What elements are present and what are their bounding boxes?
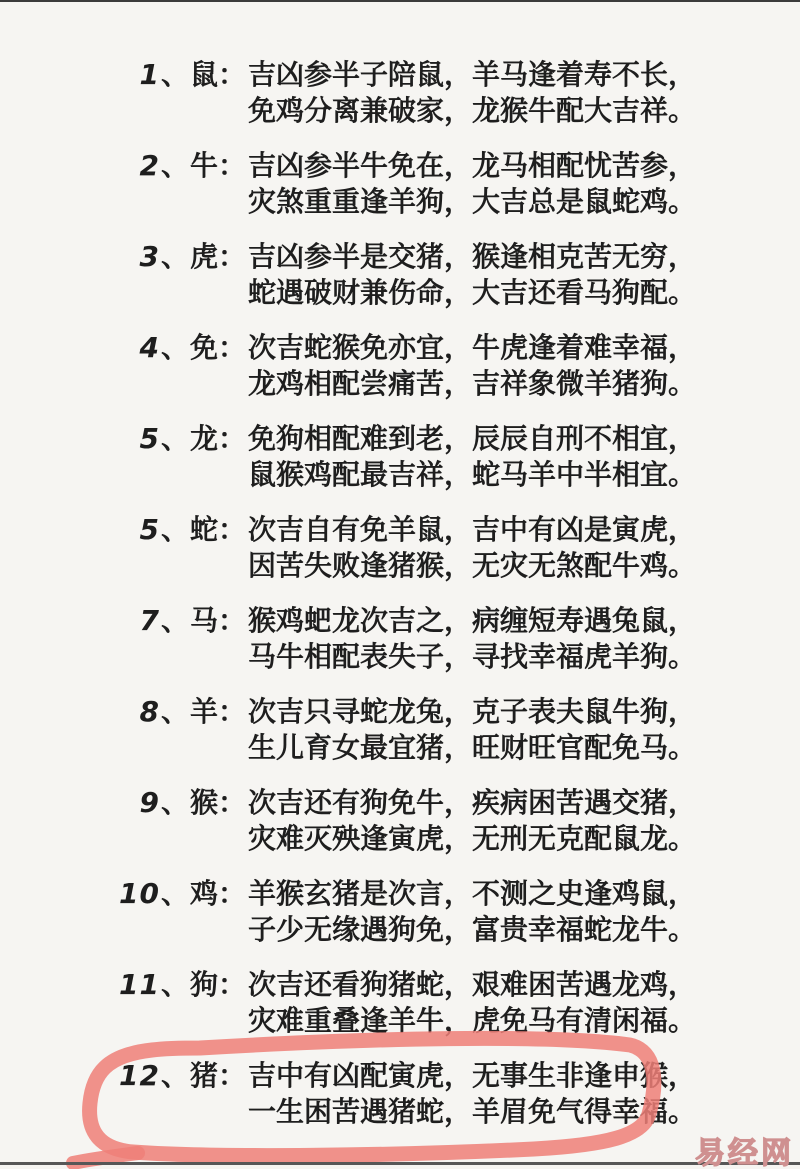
watermark: 易经网: [695, 1128, 794, 1169]
animal-label-colon: ：: [218, 512, 246, 548]
verse-line-1: 次吉只寻蛇龙兔，克子表夫鼠牛狗，: [248, 694, 696, 730]
verse: 猴鸡蚆龙次吉之，病缠短寿遇兔鼠， 马牛相配表失子，寻找幸福虎羊狗。: [248, 603, 696, 675]
verse-line-2: 灾煞重重逢羊狗，大吉总是鼠蛇鸡。: [248, 184, 696, 220]
verse: 次吉蛇猴免亦宜，牛虎逢着难幸福， 龙鸡相配尝痛苦，吉祥象微羊猪狗。: [248, 330, 696, 402]
enumeration-comma: 、: [161, 421, 189, 457]
entry-number: 7: [118, 603, 160, 639]
enumeration-comma: 、: [161, 57, 189, 93]
zodiac-entry: 7 、 马 ： 猴鸡蚆龙次吉之，病缠短寿遇兔鼠， 马牛相配表失子，寻找幸福虎羊狗…: [0, 603, 800, 675]
verse: 吉凶参半牛免在，龙马相配忧苦参， 灾煞重重逢羊狗，大吉总是鼠蛇鸡。: [248, 148, 696, 220]
animal-label: 鼠: [190, 57, 218, 93]
animal-label-colon: ：: [218, 57, 246, 93]
enumeration-comma: 、: [161, 330, 189, 366]
verse: 吉凶参半是交猪，猴逢相克苦无穷， 蛇遇破财兼伤命，大吉还看马狗配。: [248, 239, 696, 311]
animal-label-colon: ：: [218, 239, 246, 275]
verse-line-1: 次吉自有免羊鼠，吉中有凶是寅虎，: [248, 512, 696, 548]
entry-number: 2: [118, 148, 160, 184]
animal-label-colon: ：: [218, 421, 246, 457]
verse-line-1: 吉中有凶配寅虎，无事生非逢申猴，: [248, 1058, 696, 1094]
zodiac-entry: 10 、 鸡 ： 羊猴玄猪是次言，不测之史逢鸡鼠， 子少无缘遇狗免，富贵幸福蛇龙…: [0, 876, 800, 948]
animal-label-colon: ：: [218, 603, 246, 639]
animal-label-colon: ：: [218, 785, 246, 821]
entry-number: 10: [118, 876, 160, 912]
zodiac-entry: 12 、 猪 ： 吉中有凶配寅虎，无事生非逢申猴， 一生困苦遇猪蛇，羊眉免气得幸…: [0, 1058, 800, 1130]
enumeration-comma: 、: [161, 239, 189, 275]
animal-label: 猴: [190, 785, 218, 821]
animal-label: 狗: [190, 967, 218, 1003]
zodiac-entry: 2 、 牛 ： 吉凶参半牛免在，龙马相配忧苦参， 灾煞重重逢羊狗，大吉总是鼠蛇鸡…: [0, 148, 800, 220]
animal-label-colon: ：: [218, 694, 246, 730]
enumeration-comma: 、: [161, 512, 189, 548]
verse-line-1: 吉凶参半是交猪，猴逢相克苦无穷，: [248, 239, 696, 275]
verse-line-1: 吉凶参半子陪鼠，羊马逢着寿不长，: [248, 57, 696, 93]
enumeration-comma: 、: [161, 603, 189, 639]
verse-line-1: 次吉还看狗猪蛇，艰难困苦遇龙鸡，: [248, 967, 696, 1003]
verse: 吉中有凶配寅虎，无事生非逢申猴， 一生困苦遇猪蛇，羊眉免气得幸福。: [248, 1058, 696, 1130]
verse-line-1: 猴鸡蚆龙次吉之，病缠短寿遇兔鼠，: [248, 603, 696, 639]
zodiac-entry: 9 、 猴 ： 次吉还有狗免牛，疾病困苦遇交猪， 灾难灭殃逢寅虎，无刑无克配鼠龙…: [0, 785, 800, 857]
entry-number: 5: [118, 421, 160, 457]
animal-label: 马: [190, 603, 218, 639]
verse-line-2: 因苦失败逢猪猴，无灾无煞配牛鸡。: [248, 548, 696, 584]
verse-line-1: 次吉蛇猴免亦宜，牛虎逢着难幸福，: [248, 330, 696, 366]
verse: 次吉只寻蛇龙兔，克子表夫鼠牛狗， 生儿育女最宜猪，旺财旺官配免马。: [248, 694, 696, 766]
animal-label: 鸡: [190, 876, 218, 912]
animal-label-colon: ：: [218, 330, 246, 366]
entry-number: 9: [118, 785, 160, 821]
verse-line-2: 鼠猴鸡配最吉祥，蛇马羊中半相宜。: [248, 457, 696, 493]
animal-label: 蛇: [190, 512, 218, 548]
zodiac-entry: 3 、 虎 ： 吉凶参半是交猪，猴逢相克苦无穷， 蛇遇破财兼伤命，大吉还看马狗配…: [0, 239, 800, 311]
entry-number: 8: [118, 694, 160, 730]
verse-line-2: 生儿育女最宜猪，旺财旺官配免马。: [248, 730, 696, 766]
enumeration-comma: 、: [161, 148, 189, 184]
verse-line-2: 灾难重叠逢羊牛，虎免马有清闲福。: [248, 1003, 696, 1039]
zodiac-entry: 1 、 鼠 ： 吉凶参半子陪鼠，羊马逢着寿不长， 免鸡分离兼破家，龙猴牛配大吉祥…: [0, 57, 800, 129]
entry-number: 12: [118, 1058, 160, 1094]
animal-label: 猪: [190, 1058, 218, 1094]
verse-line-1: 次吉还有狗免牛，疾病困苦遇交猪，: [248, 785, 696, 821]
enumeration-comma: 、: [161, 876, 189, 912]
verse-line-2: 蛇遇破财兼伤命，大吉还看马狗配。: [248, 275, 696, 311]
animal-label-colon: ：: [218, 1058, 246, 1094]
verse-line-1: 免狗相配难到老，辰辰自刑不相宜，: [248, 421, 696, 457]
entry-number: 5: [118, 512, 160, 548]
verse: 羊猴玄猪是次言，不测之史逢鸡鼠， 子少无缘遇狗免，富贵幸福蛇龙牛。: [248, 876, 696, 948]
bottom-divider: [0, 1162, 800, 1165]
verse: 次吉还有狗免牛，疾病困苦遇交猪， 灾难灭殃逢寅虎，无刑无克配鼠龙。: [248, 785, 696, 857]
verse: 吉凶参半子陪鼠，羊马逢着寿不长， 免鸡分离兼破家，龙猴牛配大吉祥。: [248, 57, 696, 129]
zodiac-compatibility-list: 1 、 鼠 ： 吉凶参半子陪鼠，羊马逢着寿不长， 免鸡分离兼破家，龙猴牛配大吉祥…: [0, 57, 800, 1149]
animal-label: 羊: [190, 694, 218, 730]
animal-label: 免: [190, 330, 218, 366]
verse-line-2: 马牛相配表失子，寻找幸福虎羊狗。: [248, 639, 696, 675]
verse-line-1: 吉凶参半牛免在，龙马相配忧苦参，: [248, 148, 696, 184]
verse-line-2: 灾难灭殃逢寅虎，无刑无克配鼠龙。: [248, 821, 696, 857]
animal-label: 虎: [190, 239, 218, 275]
animal-label: 牛: [190, 148, 218, 184]
enumeration-comma: 、: [161, 967, 189, 1003]
verse: 次吉还看狗猪蛇，艰难困苦遇龙鸡， 灾难重叠逢羊牛，虎免马有清闲福。: [248, 967, 696, 1039]
entry-number: 11: [118, 967, 160, 1003]
zodiac-entry: 11 、 狗 ： 次吉还看狗猪蛇，艰难困苦遇龙鸡， 灾难重叠逢羊牛，虎免马有清闲…: [0, 967, 800, 1039]
animal-label: 龙: [190, 421, 218, 457]
zodiac-entry: 5 、 蛇 ： 次吉自有免羊鼠，吉中有凶是寅虎， 因苦失败逢猪猴，无灾无煞配牛鸡…: [0, 512, 800, 584]
zodiac-entry: 5 、 龙 ： 免狗相配难到老，辰辰自刑不相宜， 鼠猴鸡配最吉祥，蛇马羊中半相宜…: [0, 421, 800, 493]
verse: 免狗相配难到老，辰辰自刑不相宜， 鼠猴鸡配最吉祥，蛇马羊中半相宜。: [248, 421, 696, 493]
entry-number: 1: [118, 57, 160, 93]
entry-number: 3: [118, 239, 160, 275]
animal-label-colon: ：: [218, 876, 246, 912]
verse-line-2: 龙鸡相配尝痛苦，吉祥象微羊猪狗。: [248, 366, 696, 402]
animal-label-colon: ：: [218, 148, 246, 184]
verse: 次吉自有免羊鼠，吉中有凶是寅虎， 因苦失败逢猪猴，无灾无煞配牛鸡。: [248, 512, 696, 584]
verse-line-2: 一生困苦遇猪蛇，羊眉免气得幸福。: [248, 1094, 696, 1130]
animal-label-colon: ：: [218, 967, 246, 1003]
enumeration-comma: 、: [161, 785, 189, 821]
enumeration-comma: 、: [161, 1058, 189, 1094]
zodiac-entry: 8 、 羊 ： 次吉只寻蛇龙兔，克子表夫鼠牛狗， 生儿育女最宜猪，旺财旺官配免马…: [0, 694, 800, 766]
entry-number: 4: [118, 330, 160, 366]
zodiac-entry: 4 、 免 ： 次吉蛇猴免亦宜，牛虎逢着难幸福， 龙鸡相配尝痛苦，吉祥象微羊猪狗…: [0, 330, 800, 402]
verse-line-2: 子少无缘遇狗免，富贵幸福蛇龙牛。: [248, 912, 696, 948]
verse-line-1: 羊猴玄猪是次言，不测之史逢鸡鼠，: [248, 876, 696, 912]
enumeration-comma: 、: [161, 694, 189, 730]
verse-line-2: 免鸡分离兼破家，龙猴牛配大吉祥。: [248, 93, 696, 129]
